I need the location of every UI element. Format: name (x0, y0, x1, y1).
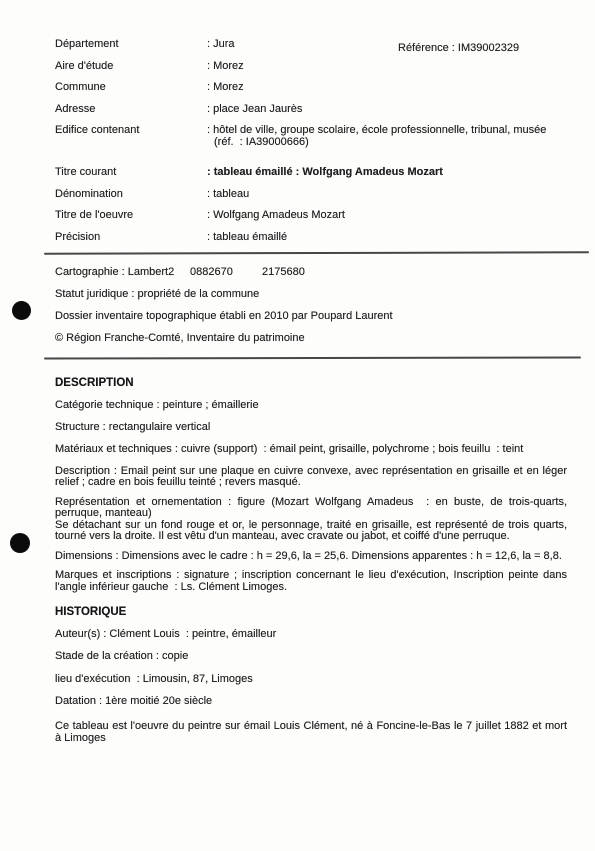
field-label: Titre de l'oeuvre (55, 209, 207, 221)
statut-juridique-line: Statut juridique : propriété de la commu… (55, 288, 570, 310)
field-label: Dénomination (55, 188, 207, 200)
field-label: Commune (55, 81, 207, 93)
field-value: : tableau émaillé : Wolfgang Amadeus Moz… (207, 166, 570, 178)
structure-line: Structure : rectangulaire vertical (55, 422, 567, 434)
dossier-line: Dossier inventaire topographique établi … (55, 310, 570, 332)
cartographie-coord-x: 0882670 (190, 266, 262, 288)
field-value-line2: (réf. : IA39000666) (207, 136, 570, 148)
field-label: Adresse (55, 103, 207, 115)
field-label: Aire d'étude (55, 60, 207, 72)
historique-heading: HISTORIQUE (55, 606, 567, 618)
auteurs-line: Auteur(s) : Clément Louis : peintre, éma… (55, 629, 567, 641)
field-value: : tableau (207, 188, 570, 200)
representation-paragraph-2: Se détachant sur un fond rouge et or, le… (55, 520, 567, 543)
field-value: : place Jean Jaurès (207, 103, 570, 115)
field-row-adresse: Adresse : place Jean Jaurès (55, 103, 570, 125)
lieu-execution-line: lieu d'exécution : Limousin, 87, Limoges (55, 674, 567, 686)
cartographie-coord-y: 2175680 (262, 266, 305, 288)
field-value: : Morez (207, 81, 570, 93)
scanned-document-page: Référence : IM39002329 Département : Jur… (0, 0, 595, 851)
field-value: : Wolfgang Amadeus Mozart (207, 209, 570, 221)
field-row-denomination: Dénomination : tableau (55, 188, 570, 210)
section-divider-middle (44, 356, 581, 359)
dimensions-line: Dimensions : Dimensions avec le cadre : … (55, 551, 567, 563)
closing-paragraph: Ce tableau est l'oeuvre du peintre sur é… (55, 721, 567, 744)
section-divider-top (44, 251, 589, 254)
categorie-technique-line: Catégorie technique : peinture ; émaille… (55, 400, 567, 412)
cartographie-label: Cartographie : Lambert2 (55, 266, 190, 288)
historique-section: HISTORIQUE Auteur(s) : Clément Louis : p… (55, 606, 567, 719)
field-row-aire-etude: Aire d'étude : Morez (55, 60, 570, 82)
stade-creation-line: Stade de la création : copie (55, 651, 567, 663)
description-paragraph: Description : Email peint sur une plaque… (55, 466, 567, 489)
description-section: DESCRIPTION Catégorie technique : peintu… (55, 377, 567, 601)
field-label: Précision (55, 231, 207, 243)
datation-line: Datation : 1ère moitié 20e siècle (55, 696, 567, 708)
field-value-line1: : hôtel de ville, groupe scolaire, école… (207, 124, 570, 136)
field-row-titre-oeuvre: Titre de l'oeuvre : Wolfgang Amadeus Moz… (55, 209, 570, 231)
field-row-departement: Département : Jura (55, 38, 570, 60)
title-fields: Titre courant : tableau émaillé : Wolfga… (55, 166, 570, 252)
field-row-edifice-contenant: Edifice contenant : hôtel de ville, grou… (55, 124, 570, 167)
field-row-commune: Commune : Morez (55, 81, 570, 103)
field-row-precision: Précision : tableau émaillé (55, 231, 570, 253)
cartographie-line: Cartographie : Lambert2 0882670 2175680 (55, 266, 570, 288)
punch-hole-top (12, 301, 31, 320)
field-value: : hôtel de ville, groupe scolaire, école… (207, 124, 570, 148)
field-value: : Jura (207, 38, 570, 50)
field-value: : Morez (207, 60, 570, 72)
materiaux-line: Matériaux et techniques : cuivre (suppor… (55, 444, 567, 456)
punch-hole-bottom (10, 533, 30, 553)
description-heading: DESCRIPTION (55, 377, 567, 389)
admin-block: Cartographie : Lambert2 0882670 2175680 … (55, 266, 570, 354)
representation-paragraph-1: Représentation et ornementation : figure… (55, 497, 567, 520)
field-label: Edifice contenant (55, 124, 207, 136)
field-row-titre-courant: Titre courant : tableau émaillé : Wolfga… (55, 166, 570, 188)
copyright-line: © Région Franche-Comté, Inventaire du pa… (55, 332, 570, 354)
marques-paragraph: Marques et inscriptions : signature ; in… (55, 570, 567, 593)
header-fields: Département : Jura Aire d'étude : Morez … (55, 38, 570, 167)
field-value: : tableau émaillé (207, 231, 570, 243)
field-label: Département (55, 38, 207, 50)
field-label: Titre courant (55, 166, 207, 178)
